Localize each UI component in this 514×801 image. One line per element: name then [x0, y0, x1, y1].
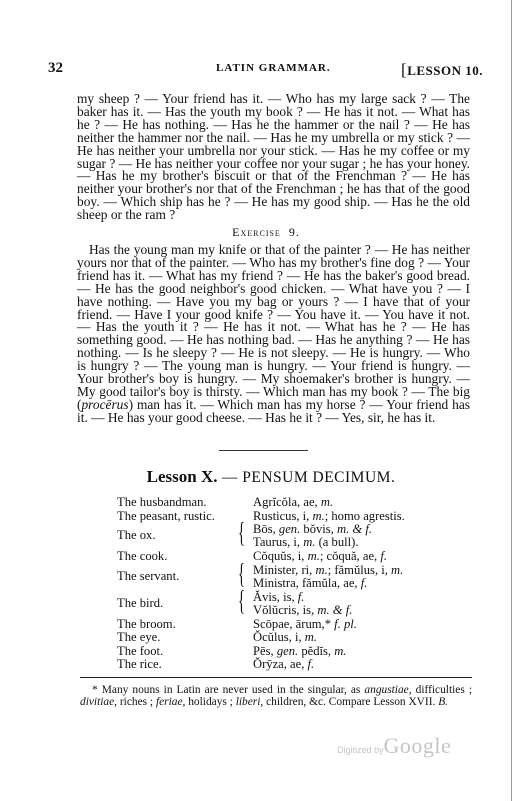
vocab-row: The ox. { Bōs, gen. bŏvis, m. & f. Tauru…	[117, 522, 457, 549]
vocab-row: The broom. Scōpae, ārum,* f. pl.	[117, 617, 457, 631]
digitized-watermark: Digitized byGoogle	[337, 733, 451, 759]
exercise-9-text: Has the young man my knife or that of th…	[77, 244, 470, 425]
vocab-row: The husbandman. Agrĭcŏla, ae, m.	[117, 495, 457, 509]
vocab-row: The bird. { Ăvis, is, f. Vŏlŭcris, is, m…	[117, 590, 457, 617]
running-title: LATIN GRAMMAR.	[216, 62, 331, 74]
vocab-row: The rice. Ŏrȳza, ae, f.	[117, 657, 457, 671]
running-header: 32 LATIN GRAMMAR. [LESSON 10.	[48, 60, 483, 80]
exercise-9-heading: Exercise 9.	[0, 225, 514, 240]
lesson-reference: [LESSON 10.	[401, 60, 483, 80]
section-divider	[219, 450, 308, 451]
vocab-row: The servant. { Minister, ri, m.; fămŭlus…	[117, 563, 457, 590]
paragraph: Has the young man my knife or that of th…	[77, 244, 470, 425]
brace-icon: {	[238, 520, 245, 547]
brace-icon: {	[238, 561, 245, 588]
vocab-row: The peasant, rustic. Rusticus, i, m.; ho…	[117, 509, 457, 523]
vocabulary-list: The husbandman. Agrĭcŏla, ae, m. The pea…	[117, 495, 457, 671]
brace-icon: {	[238, 588, 245, 615]
vocab-row: The eye. Ŏcŭlus, i, m.	[117, 630, 457, 644]
exercise-8-continued: my sheep ? — Your friend has it. — Who h…	[77, 93, 470, 222]
page-edge	[511, 0, 512, 801]
paragraph: my sheep ? — Your friend has it. — Who h…	[77, 93, 470, 222]
footnote-divider	[80, 677, 472, 678]
vocab-row: The foot. Pēs, gen. pĕdĭs, m.	[117, 644, 457, 658]
footnote: * Many nouns in Latin are never used in …	[80, 684, 472, 708]
page-number: 32	[48, 60, 63, 77]
lesson-heading: Lesson X. — PENSUM DECIMUM.	[0, 467, 514, 487]
vocab-row: The cook. Cŏquŭs, i, m.; cŏquă, ae, f.	[117, 549, 457, 563]
